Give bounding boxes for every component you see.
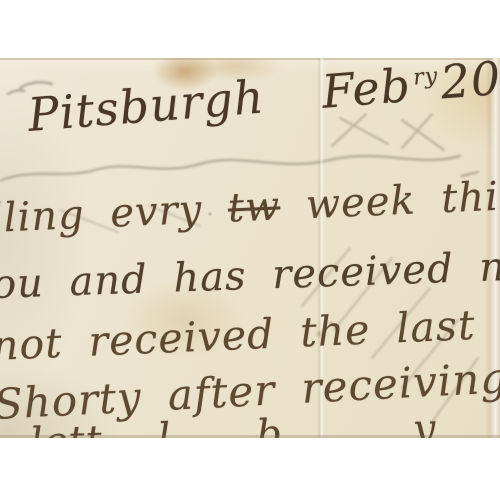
heading-month: Feb	[320, 58, 413, 119]
struck-word: tw	[227, 183, 281, 231]
letter-photo: PitsburghFebry20th1826 lling evry tw wee…	[0, 58, 500, 438]
partial-word-fragment: lett	[29, 417, 103, 438]
heading-day: 20	[439, 58, 500, 109]
screenshot-root: PitsburghFebry20th1826 lling evry tw wee…	[0, 0, 500, 500]
partial-word-fragment: l	[157, 415, 172, 438]
heading-month-suffix: ry	[412, 64, 439, 91]
partial-word-fragment: b	[255, 411, 283, 438]
partial-word-fragment: y	[412, 406, 437, 438]
